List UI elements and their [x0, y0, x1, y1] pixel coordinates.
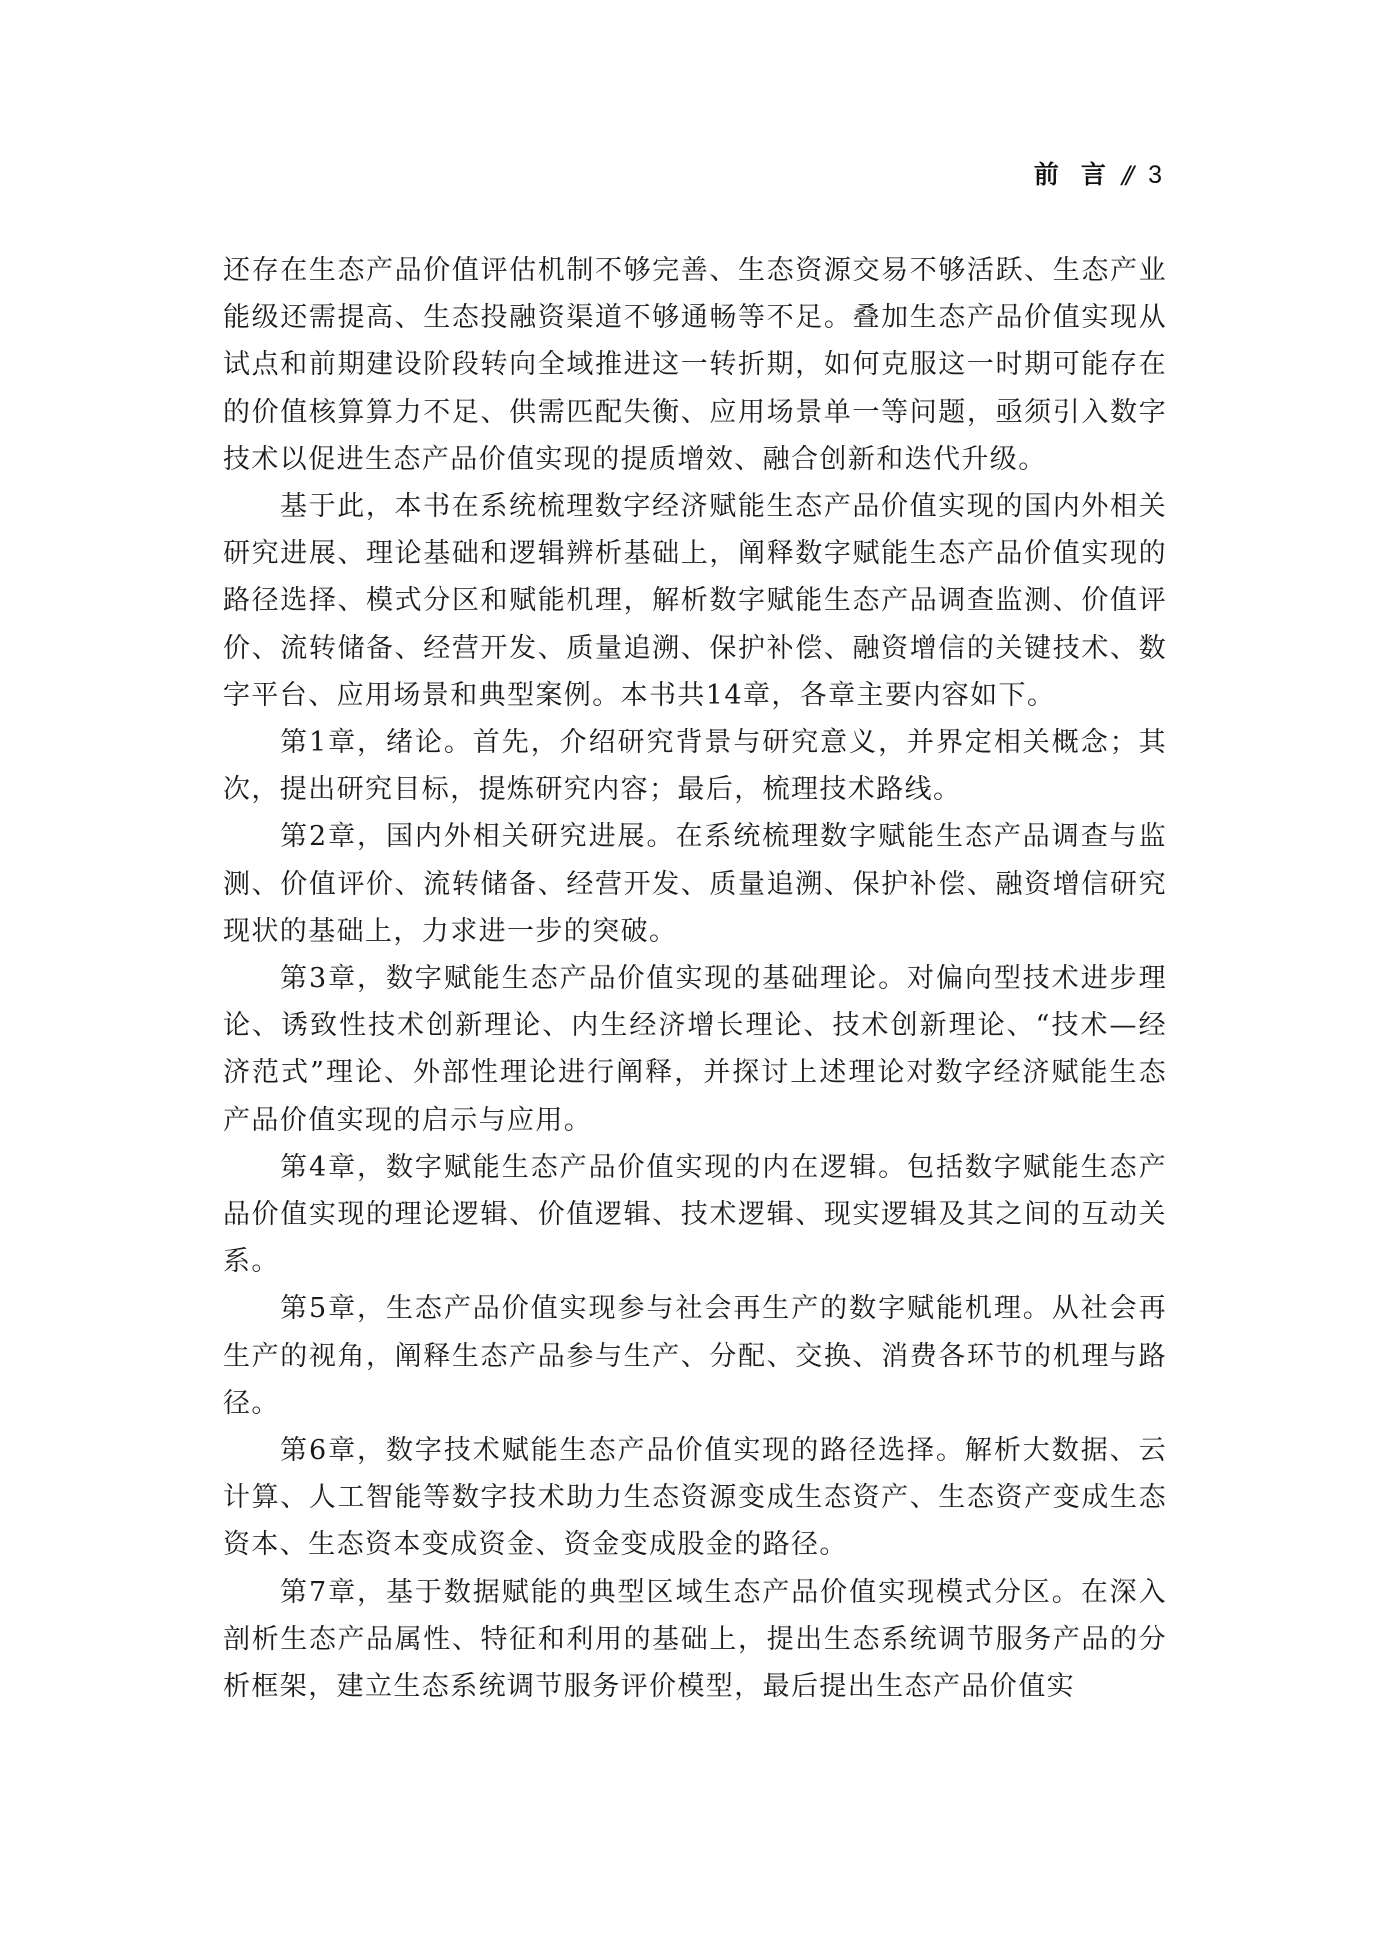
running-header: 前言 // 3 [1034, 160, 1162, 190]
paragraph-continuation: 还存在生态产品价值评估机制不够完善、生态资源交易不够活跃、生态产业能级还需提高、… [223, 247, 1167, 483]
section-title: 前言 [1034, 160, 1128, 190]
paragraph-chapter-2: 第2章，国内外相关研究进展。在系统梳理数字赋能生态产品调查与监测、价值评价、流转… [223, 813, 1167, 955]
page-number: 3 [1148, 160, 1162, 190]
paragraph-chapter-6: 第6章，数字技术赋能生态产品价值实现的路径选择。解析大数据、云计算、人工智能等数… [223, 1427, 1167, 1569]
paragraph-chapter-4: 第4章，数字赋能生态产品价值实现的内在逻辑。包括数字赋能生态产品价值实现的理论逻… [223, 1144, 1167, 1286]
header-separator: // [1122, 160, 1130, 190]
paragraph-book-overview: 基于此，本书在系统梳理数字经济赋能生态产品价值实现的国内外相关研究进展、理论基础… [223, 483, 1167, 719]
paragraph-chapter-1: 第1章，绪论。首先，介绍研究背景与研究意义，并界定相关概念；其次，提出研究目标，… [223, 719, 1167, 813]
paragraph-chapter-3: 第3章，数字赋能生态产品价值实现的基础理论。对偏向型技术进步理论、诱致性技术创新… [223, 955, 1167, 1144]
paragraph-chapter-7: 第7章，基于数据赋能的典型区域生态产品价值实现模式分区。在深入剖析生态产品属性、… [223, 1569, 1167, 1711]
body-text: 还存在生态产品价值评估机制不够完善、生态资源交易不够活跃、生态产业能级还需提高、… [223, 247, 1167, 1710]
paragraph-chapter-5: 第5章，生态产品价值实现参与社会再生产的数字赋能机理。从社会再生产的视角，阐释生… [223, 1285, 1167, 1427]
